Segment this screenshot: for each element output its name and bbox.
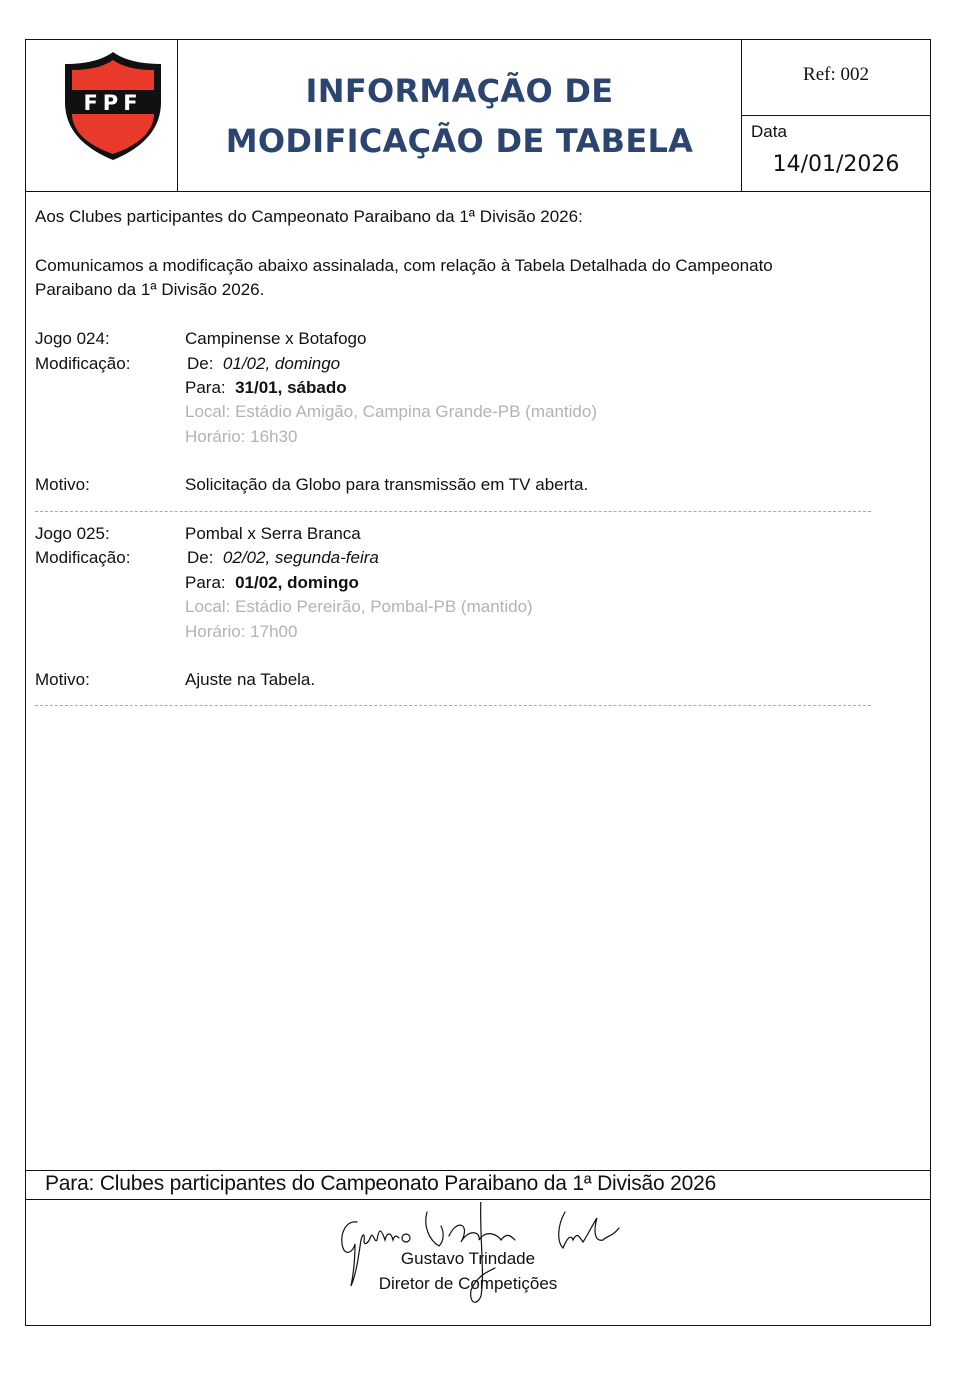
intro-line-2: Paraibano da 1ª Divisão 2026. [35,278,264,303]
svg-text:FPF: FPF [83,91,142,115]
match-teams: Campinense x Botafogo [185,327,366,352]
to-date: 01/02, domingo [235,573,359,592]
match-teams: Pombal x Serra Branca [185,522,361,547]
reference-number: Ref: 002 [742,64,930,86]
handwritten-signature-icon [331,1202,631,1312]
reason-label: Motivo: [35,668,90,693]
kickoff-time: Horário: 17h00 [185,620,297,645]
date-label: Data [751,122,787,142]
recipients-row: Para: Clubes participantes do Campeonato… [26,1170,930,1200]
document-title-line-2: MODIFICAÇÃO DE TABELA [226,116,694,166]
venue-text: Local: Estádio Pereirão, Pombal-PB (mant… [185,595,533,620]
to-label: Para: [185,378,226,397]
from-label: De: [187,354,213,373]
signature-block: Gustavo Trindade Diretor de Competições [26,1200,930,1327]
document-title-line-1: INFORMAÇÃO DE [306,66,614,116]
document-frame: FPF INFORMAÇÃO DE MODIFICAÇÃO DE TABELA … [25,39,931,1326]
dashed-separator [35,705,871,706]
fpf-shield-logo-icon: FPF [62,50,164,162]
date-value: 14/01/2026 [742,152,930,177]
to-label: Para: [185,573,226,592]
from-date: 01/02, domingo [223,354,340,373]
recipients-text: Para: Clubes participantes do Campeonato… [45,1172,716,1196]
ref-box: Ref: 002 [742,40,930,116]
logo-cell: FPF [26,40,178,191]
game-number-label: Jogo 025: [35,522,110,547]
kickoff-time: Horário: 16h30 [185,425,297,450]
from-date: 02/02, segunda-feira [223,548,379,567]
dashed-separator [35,511,871,512]
reason-text: Ajuste na Tabela. [185,668,315,693]
from-label: De: [187,548,213,567]
greeting-text: Aos Clubes participantes do Campeonato P… [35,205,583,230]
document-header: FPF INFORMAÇÃO DE MODIFICAÇÃO DE TABELA … [26,40,930,192]
intro-line-1: Comunicamos a modificação abaixo assinal… [35,254,773,279]
game-number-label: Jogo 024: [35,327,110,352]
modification-label: Modificação: [35,352,130,377]
to-date: 31/01, sábado [235,378,347,397]
ref-date-cell: Ref: 002 Data 14/01/2026 [741,40,930,191]
modification-label: Modificação: [35,546,130,571]
title-cell: INFORMAÇÃO DE MODIFICAÇÃO DE TABELA [178,40,741,191]
reason-label: Motivo: [35,473,90,498]
venue-text: Local: Estádio Amigão, Campina Grande-PB… [185,400,597,425]
reason-text: Solicitação da Globo para transmissão em… [185,473,588,498]
